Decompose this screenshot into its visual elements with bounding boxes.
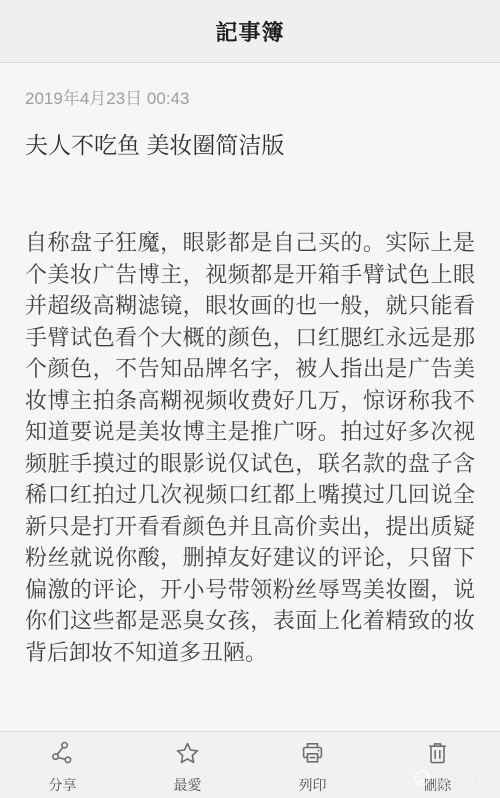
note-content[interactable]: 2019年4月23日 00:43 夫人不吃鱼 美妆圈简洁版 自称盘子狂魔，眼影都… (0, 84, 500, 668)
trash-icon (424, 740, 451, 772)
print-button[interactable]: 列印 (250, 732, 375, 798)
share-icon (49, 740, 76, 772)
delete-label: 刪除 (424, 775, 452, 795)
delete-button[interactable]: 刪除 (375, 732, 500, 798)
note-date: 2019年4月23日 00:43 (25, 84, 475, 109)
printer-icon (299, 740, 326, 772)
bottom-toolbar: 分享 最愛 列印 (0, 731, 500, 798)
page-title: 記事簿 (215, 16, 284, 47)
favorite-label: 最愛 (174, 775, 202, 795)
note-title: 夫人不吃鱼 美妆圈简洁版 (25, 127, 475, 160)
app-header: 記事簿 (0, 0, 500, 63)
favorite-button[interactable]: 最愛 (125, 732, 250, 798)
share-button[interactable]: 分享 (0, 732, 125, 798)
star-icon (174, 740, 201, 772)
print-label: 列印 (299, 775, 327, 795)
share-label: 分享 (49, 775, 77, 795)
note-body: 自称盘子狂魔，眼影都是自己买的。实际上是个美妆广告博主，视频都是开箱手臂试色上眼… (25, 227, 475, 668)
